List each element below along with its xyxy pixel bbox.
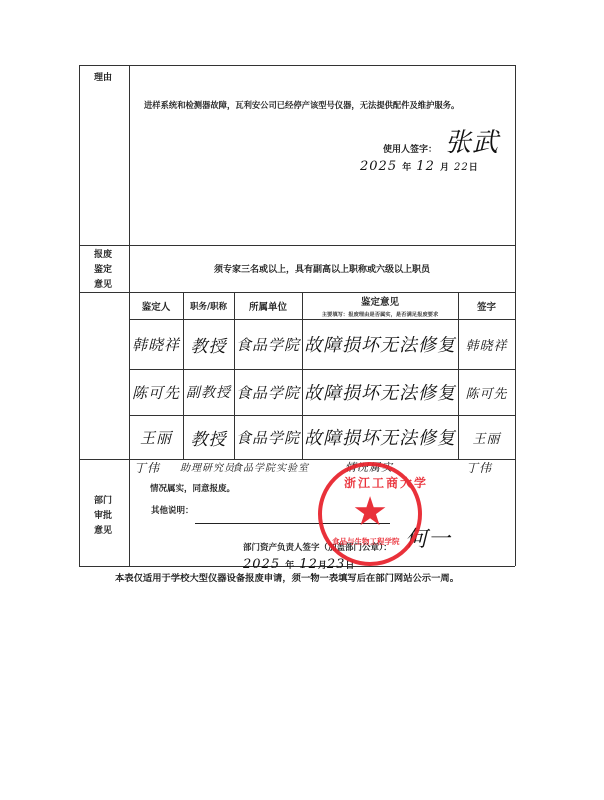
column-header-opinion-title: 鉴定意见 — [302, 294, 458, 308]
table-border-top — [79, 65, 515, 66]
other-notes-label: 其他说明： — [151, 504, 194, 516]
department-label-line-1: 部门 — [94, 494, 112, 509]
row-4-title: 助理研究员 — [180, 459, 235, 474]
reason-date-day: 22 — [454, 162, 469, 173]
reason-label: 理由 — [94, 70, 112, 83]
star-icon: ★ — [352, 492, 388, 532]
row-3-unit: 食品学院 — [234, 415, 302, 459]
stamp-inner-text: 食品与生物工程学院 — [332, 536, 400, 547]
row-4-signature: 丁伟 — [466, 459, 492, 476]
row-3-name: 王丽 — [129, 415, 183, 459]
appraisal-label-line-1: 报废 — [94, 248, 112, 263]
reason-date: 2025 年 12 月 22日 — [360, 155, 478, 174]
user-signature-label: 使用人签字： — [383, 142, 437, 155]
row-1-signature: 韩晓祥 — [458, 319, 515, 369]
row-2-name: 陈可先 — [129, 369, 183, 415]
row-2-signature: 陈可先 — [458, 369, 515, 415]
row-2-unit: 食品学院 — [234, 369, 302, 415]
department-label-line-2: 审批 — [94, 509, 112, 524]
row-4-name: 丁伟 — [134, 459, 160, 476]
appraisal-label-line-3: 意见 — [94, 278, 112, 293]
reason-date-month: 12 — [416, 159, 435, 174]
row-1-unit: 食品学院 — [234, 319, 302, 369]
appraisal-label: 报废 鉴定 意见 — [94, 248, 112, 293]
row-3-signature: 王丽 — [458, 415, 515, 459]
appraisal-label-line-2: 鉴定 — [94, 263, 112, 278]
row-4-unit: 食品学院实验室 — [232, 459, 309, 474]
department-label: 部门 审批 意见 — [94, 494, 112, 539]
user-signature: 张武 — [445, 122, 499, 159]
footnote: 本表仅适用于学校大型仪器设备报废申请，须一物一表填写后在部门网站公示一周。 — [115, 570, 459, 584]
reason-text: 进样系统和检测器故障，瓦利安公司已经停产该型号仪器，无法提供配件及维护服务。 — [144, 99, 459, 111]
column-header-signature: 签字 — [458, 292, 515, 319]
reason-date-month-unit: 月 — [440, 163, 449, 173]
row-3-title: 教授 — [183, 415, 234, 459]
appraisal-requirement: 须专家三名或以上，具有副高以上职称或六级以上职员 — [129, 245, 515, 292]
column-header-title: 职务/职称 — [183, 292, 234, 319]
department-statement: 情况属实，同意报废。 — [150, 482, 235, 494]
reason-date-year-unit: 年 — [402, 163, 411, 173]
department-label-line-3: 意见 — [94, 524, 112, 539]
row-1-opinion: 故障损坏无法修复 — [302, 319, 458, 369]
table-border-right — [515, 65, 516, 566]
column-header-appraiser: 鉴定人 — [129, 292, 183, 319]
department-official-stamp: 浙江工商大学 ★ 食品与生物工程学院 — [318, 462, 422, 566]
row-2-title: 副教授 — [183, 369, 234, 415]
reason-date-day-unit: 日 — [469, 163, 478, 173]
row-1-title: 教授 — [183, 319, 234, 369]
row-1-name: 韩晓祥 — [129, 319, 183, 369]
column-header-opinion: 鉴定意见 主要填写：报废理由是否属实，是否满足报废要求 — [302, 294, 458, 318]
table-border-left — [79, 65, 80, 566]
column-header-unit: 所属单位 — [234, 292, 302, 319]
column-header-opinion-subtitle: 主要填写：报废理由是否属实，是否满足报废要求 — [302, 310, 458, 318]
row-2-opinion: 故障损坏无法修复 — [302, 369, 458, 415]
row-3-opinion: 故障损坏无法修复 — [302, 415, 458, 459]
reason-date-year: 2025 — [360, 159, 397, 174]
